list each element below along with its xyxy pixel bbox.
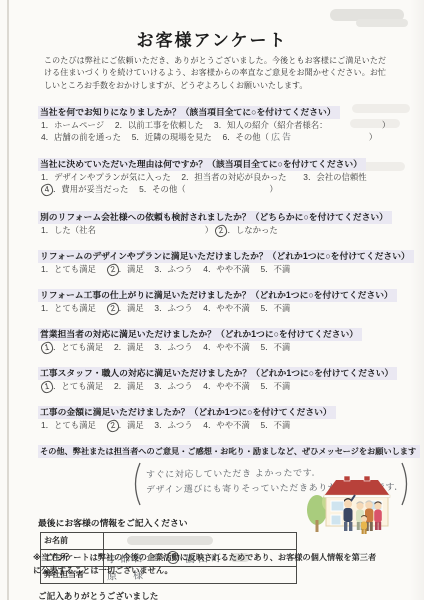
question-options-line: 1．ホームページ 2．以前工事を依頼した 3．知人の紹介（紹介者様名： ） (38, 120, 408, 132)
scan-edge (7, 0, 9, 600)
question-block: 工事スタッフ・職人の対応に満足いただけましたか？（どれか1つに○を付けてください… (38, 363, 408, 393)
page-title: お客様アンケート (0, 26, 424, 51)
option-text: 1．とても満足 (41, 303, 107, 313)
handwritten-parenthesis-left (130, 462, 142, 506)
option-text: ．満足 3．ふつう 4．やや不満 5．不満 (119, 303, 291, 313)
scanned-survey-page: お客様アンケート このたびは弊社にご依頼いただき、ありがとうございました。今後と… (0, 0, 424, 600)
question-options-line: 1．とても満足 2．満足 3．ふつう 4．やや不満 5．不満 (38, 381, 408, 393)
redaction-blob (127, 536, 213, 545)
question-options-line: 1．とても満足 2．満足 3．ふつう 4．やや不満 5．不満 (38, 303, 408, 315)
hand-drawn-circle-mark: 1 (40, 380, 54, 394)
hand-drawn-circle-mark: 4 (40, 183, 54, 197)
privacy-note: ※当アンケートは弊社の今後の企業活動に反映されるためであり、お客様の個人情報を第… (33, 552, 381, 577)
question-heading: 別のリフォーム会社様への依頼も検討されましたか？（どちらかに○を付けてください） (38, 211, 392, 224)
option-text: 1．とても満足 (41, 264, 107, 274)
question-heading: リフォーム工事の仕上がりに満足いただけましたか？（どれか1つに○を付けてください… (38, 289, 397, 302)
question-block: 別のリフォーム会社様への依頼も検討されましたか？（どちらかに○を付けてください）… (38, 207, 408, 237)
scan-shadow (410, 0, 424, 600)
question-options-line: 1．とても満足 2．満足 3．ふつう 4．やや不満 5．不満 (38, 420, 408, 432)
question-block: 営業担当者の対応に満足いただけましたか？（どれか1つに○を付けてください）1．と… (38, 324, 408, 354)
question-heading: 当社を何でお知りになりましたか？（該当項目全てに○を付けてください） (38, 106, 340, 119)
question-options-line: 4．店舗の前を通った 5．近隣の現場を見た 6．その他（ 広告 ） (38, 132, 408, 144)
question-options-line: 1．とても満足 2．満足 3．ふつう 4．やや不満 5．不満 (38, 264, 408, 276)
hand-drawn-circle-mark: 2 (106, 302, 120, 316)
option-text: ．満足 3．ふつう 4．やや不満 5．不満 (119, 264, 291, 274)
question-heading: 当社に決めていただいた理由は何ですか？（該当項目全てに○を付けてください） (38, 158, 366, 171)
question-options-line: 4．費用が妥当だった 5．その他（ ） (38, 184, 408, 196)
option-text: ．しなかった (227, 225, 277, 235)
option-text: 1．デザインやプランが気に入った 2．担当者の対応が良かった 3．会社の信頼性 (41, 172, 367, 182)
option-text: ．満足 3．ふつう 4．やや不満 5．不満 (119, 420, 291, 430)
question-options-line: 1．デザインやプランが気に入った 2．担当者の対応が良かった 3．会社の信頼性 (38, 172, 408, 184)
question-heading: リフォームのデザインやプランに満足いただけましたか？（どれか1つに○を付けてくだ… (38, 250, 414, 263)
hand-drawn-circle-mark: 2 (106, 419, 120, 433)
thanks-line: ご記入ありがとうございました (38, 590, 408, 600)
option-text: ．とても満足 2．満足 3．ふつう 4．やや不満 5．不満 (53, 342, 290, 352)
hand-drawn-circle-mark: 1 (40, 341, 54, 355)
question-heading: 工事の金額に満足いただけましたか？（どれか1つに○を付けてください） (38, 406, 336, 419)
name-label: お名前 (41, 532, 104, 549)
question-block: リフォーム工事の仕上がりに満足いただけましたか？（どれか1つに○を付けてください… (38, 285, 408, 315)
option-text: 1．とても満足 (41, 420, 107, 430)
option-text: 1．した（社名 ） (41, 225, 215, 235)
option-text: ．とても満足 2．満足 3．ふつう 4．やや不満 5．不満 (53, 381, 290, 391)
question-block: 工事の金額に満足いただけましたか？（どれか1つに○を付けてください）1．とても満… (38, 402, 408, 432)
hand-drawn-circle-mark: 2 (106, 263, 120, 277)
handwritten-answer: 広告 (271, 131, 293, 143)
question-heading: 営業担当者の対応に満足いただけましたか？（どれか1つに○を付けてください） (38, 328, 362, 341)
questions-section: 当社を何でお知りになりましたか？（該当項目全てに○を付けてください）1．ホームペ… (38, 102, 408, 432)
option-text: 4．店舗の前を通った 5．近隣の現場を見た 6．その他（ (41, 132, 271, 142)
intro-paragraph: このたびは弊社にご依頼いただき、ありがとうございました。今後ともお客様にご満足い… (44, 55, 386, 92)
table-row-name: お名前 (41, 532, 297, 549)
option-text: ） (293, 132, 377, 142)
question-block: リフォームのデザインやプランに満足いただけましたか？（どれか1つに○を付けてくだ… (38, 246, 408, 276)
option-text: ．費用が妥当だった 5．その他（ ） (53, 184, 278, 194)
question-options-line: 1．とても満足 2．満足 3．ふつう 4．やや不満 5．不満 (38, 342, 408, 354)
question-heading: 工事スタッフ・職人の対応に満足いただけましたか？（どれか1つに○を付けてください… (38, 367, 397, 380)
message-section-heading: その他、弊社または担当者へのご意見・ご感想・お叱り・励ましなど、ぜひメッセージを… (38, 445, 420, 458)
name-value (104, 532, 297, 549)
question-block: 当社を何でお知りになりましたか？（該当項目全てに○を付けてください）1．ホームペ… (38, 102, 408, 143)
question-block: 当社に決めていただいた理由は何ですか？（該当項目全てに○を付けてください）1．デ… (38, 154, 408, 196)
house-family-illustration (306, 474, 404, 538)
question-options-line: 1．した（社名 ） 2．しなかった (38, 225, 408, 237)
option-text: 1．ホームページ 2．以前工事を依頼した 3．知人の紹介（紹介者様名： ） (41, 120, 390, 130)
